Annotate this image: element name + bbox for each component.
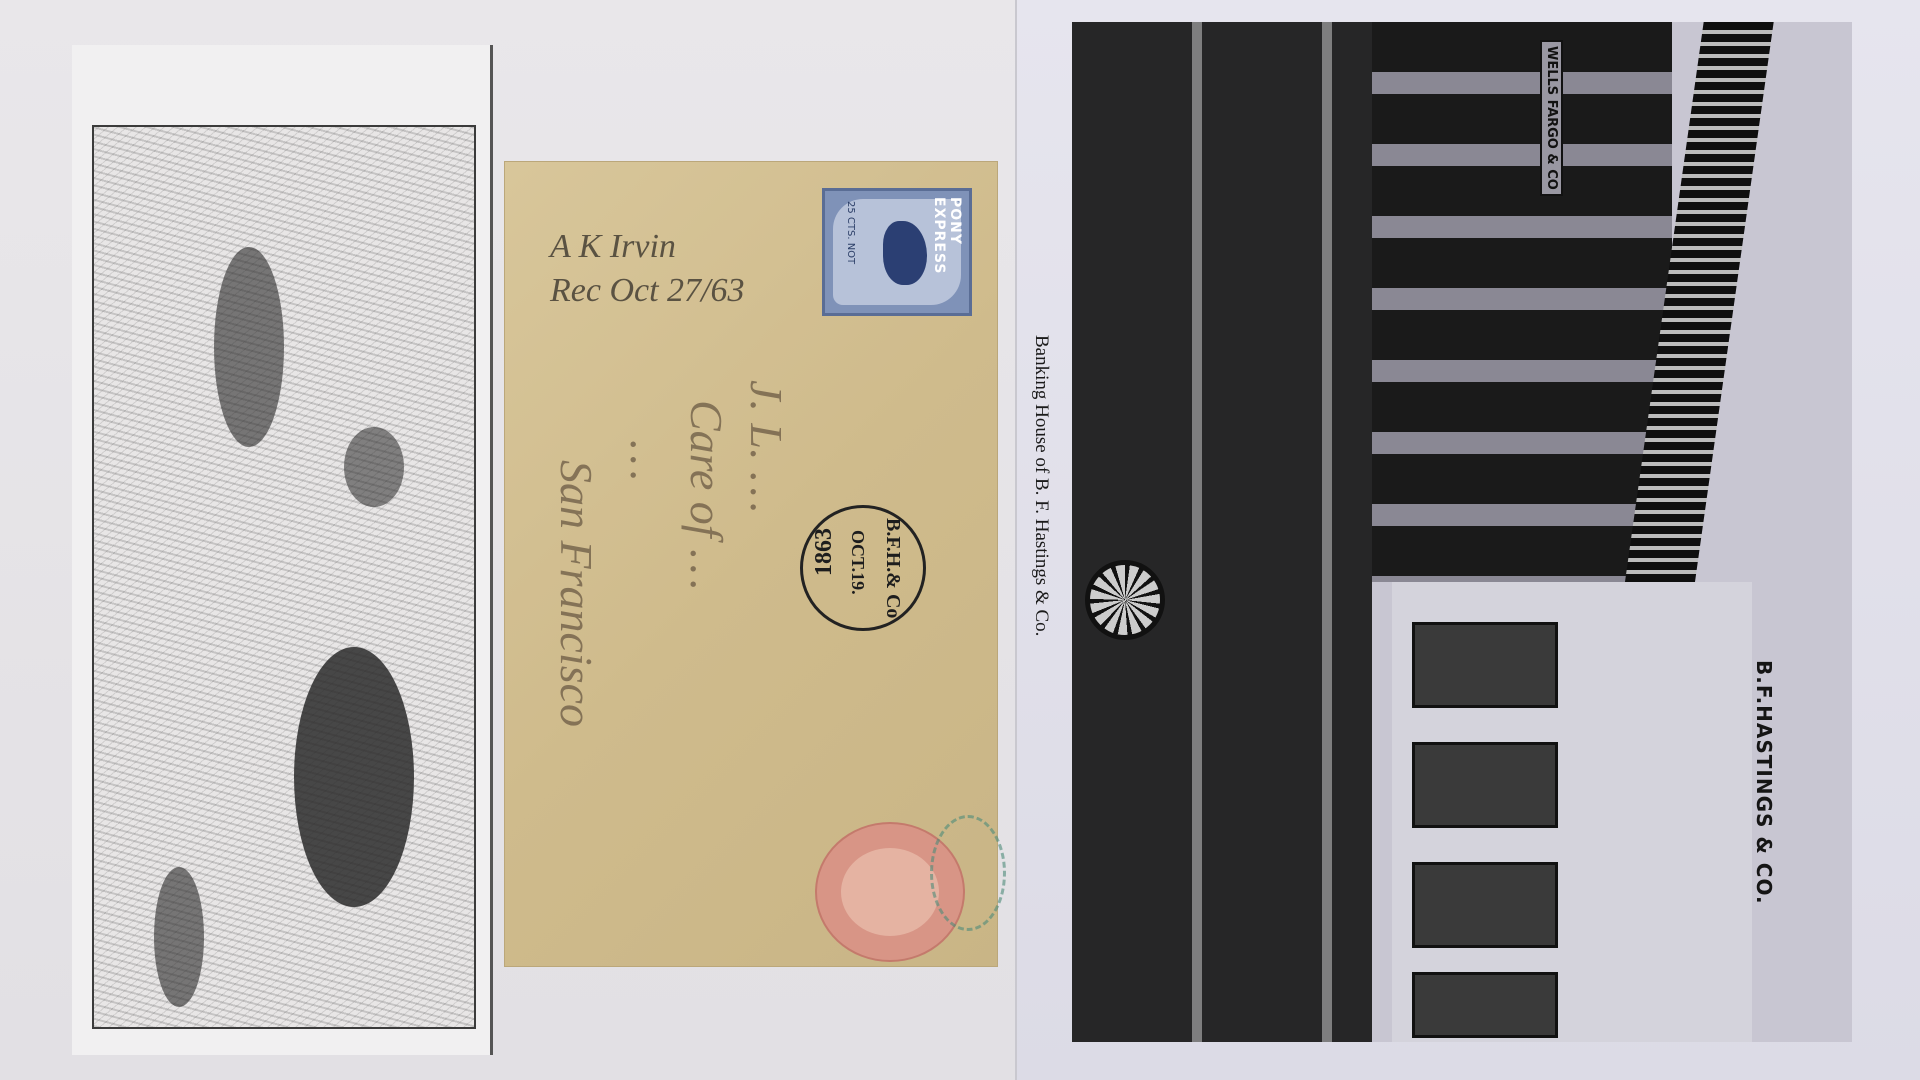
window: [1412, 862, 1558, 948]
pony-express-stamp: PONY EXPRESS 25 CTS. NOT: [822, 188, 972, 316]
docketing-note: A K Irvin Rec Oct 27/63: [550, 225, 745, 313]
stamp-rate: 25 CTS. NOT: [845, 201, 856, 264]
building-print: [1072, 22, 1852, 1042]
postmark-year: 1863: [811, 528, 838, 576]
postmark: B.F.H.& Co OCT.19. 1863: [800, 505, 926, 631]
postmark-company: B.F.H.& Co: [881, 518, 904, 618]
stamp-title: PONY EXPRESS: [931, 197, 963, 313]
wagon-wheel: [1085, 560, 1165, 640]
docket-received: Rec Oct 27/63: [550, 269, 745, 313]
crowd-engraving: [92, 125, 476, 1029]
window: [1412, 622, 1558, 708]
docket-name: A K Irvin: [550, 225, 745, 269]
building-caption: Banking House of B. F. Hastings & Co.: [1030, 335, 1052, 636]
upper-windows: [1372, 22, 1672, 582]
wells-fargo-sign: WELLS FARGO & CO: [1540, 40, 1563, 196]
green-cancel: [930, 815, 1006, 931]
figure: [154, 867, 204, 1007]
address-line: Care of …: [680, 400, 733, 590]
ground-facade: [1072, 22, 1372, 1042]
address-line: J. L. …: [740, 380, 793, 513]
side-wall: [1392, 582, 1752, 1042]
horse-figure: [294, 647, 414, 907]
window: [1412, 742, 1558, 828]
hastings-sign: B.F.HASTINGS & CO.: [1752, 660, 1776, 905]
window: [1412, 972, 1558, 1038]
postmark-date: OCT.19.: [847, 530, 868, 595]
address-line: San Francisco: [550, 460, 603, 727]
embossed-portrait: [841, 848, 939, 936]
address-block: J. L. … Care of … … San Francisco: [540, 360, 800, 920]
figure: [214, 247, 284, 447]
figure: [344, 427, 404, 507]
address-line: …: [620, 440, 673, 481]
